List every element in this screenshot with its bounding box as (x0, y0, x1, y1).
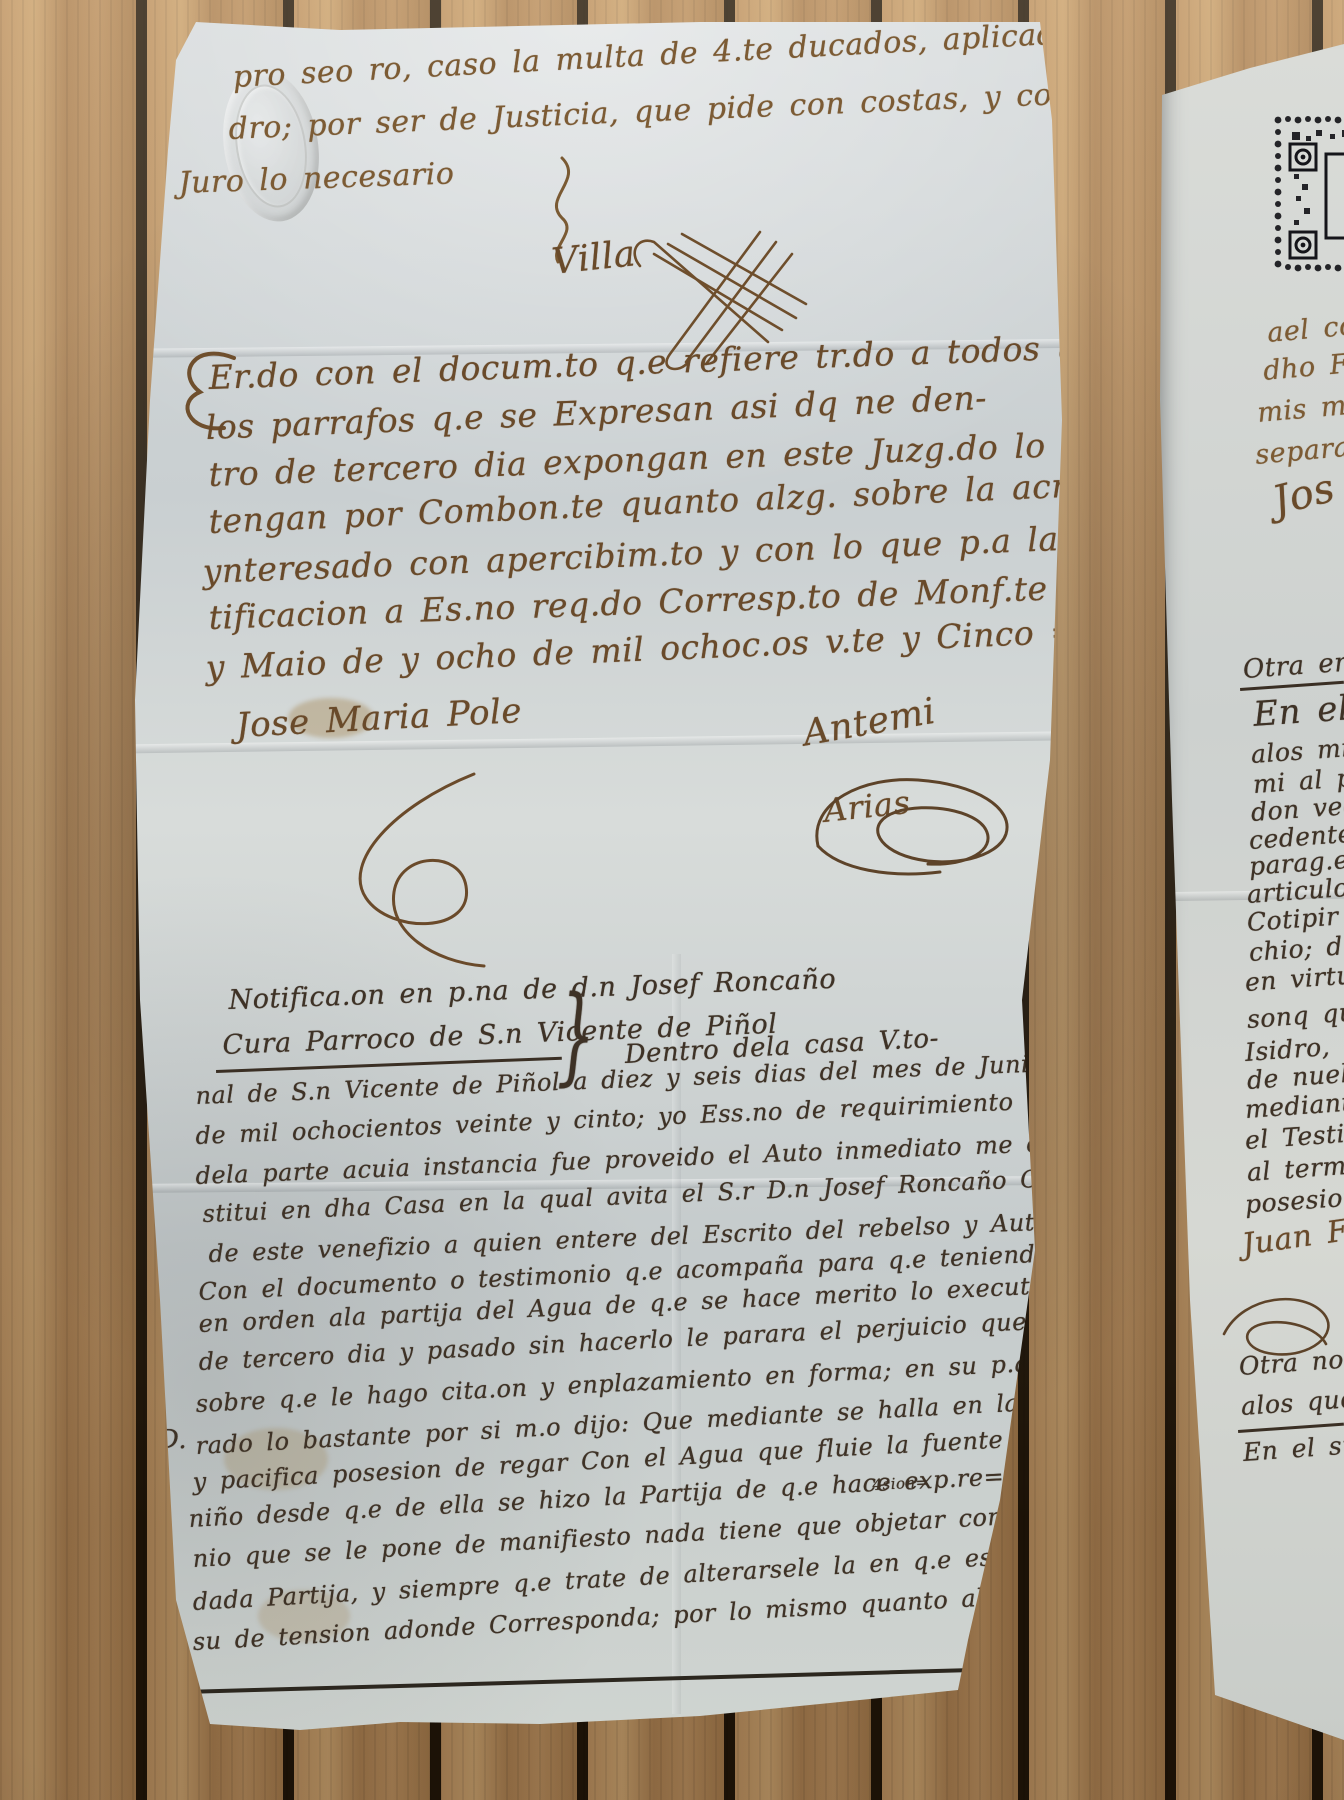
handwritten-fragment: mis ma (1256, 389, 1344, 429)
pole-signature: Jose Maria Pole (235, 691, 523, 746)
signature-fragment: Jos (1268, 465, 1339, 525)
handwritten-fragment: En el sup (1242, 1429, 1344, 1467)
handwritten-fragment: En el (1252, 688, 1344, 735)
ornamental-stamp (1272, 114, 1344, 274)
handwritten-fragment: alos que con (1240, 1380, 1344, 1421)
handwritten-line: Juro lo necesario (178, 156, 455, 201)
handwritten-fragment: separa (1254, 432, 1344, 471)
handwritten-fragment: ael co (1266, 310, 1344, 349)
handwritten-fragment: dho Fe (1262, 347, 1344, 387)
ante-mi: Antemi (800, 691, 939, 755)
interline-insertion: 4sion= (872, 1473, 929, 1494)
closing-rule (184, 1667, 1012, 1694)
arias-rubric-flourish (800, 750, 1030, 890)
handwritten-fragment: al termin (1246, 1149, 1344, 1187)
manuscript-page-left: pro seo ro, caso la multa de 4.te ducado… (112, 14, 1062, 1730)
note-heading-fragment: Otra enf (1242, 647, 1344, 685)
pole-rubric-flourish (324, 766, 534, 976)
handwritten-fragment: sonq que (1246, 996, 1344, 1034)
handwritten-fragment: posesion (1244, 1182, 1344, 1219)
